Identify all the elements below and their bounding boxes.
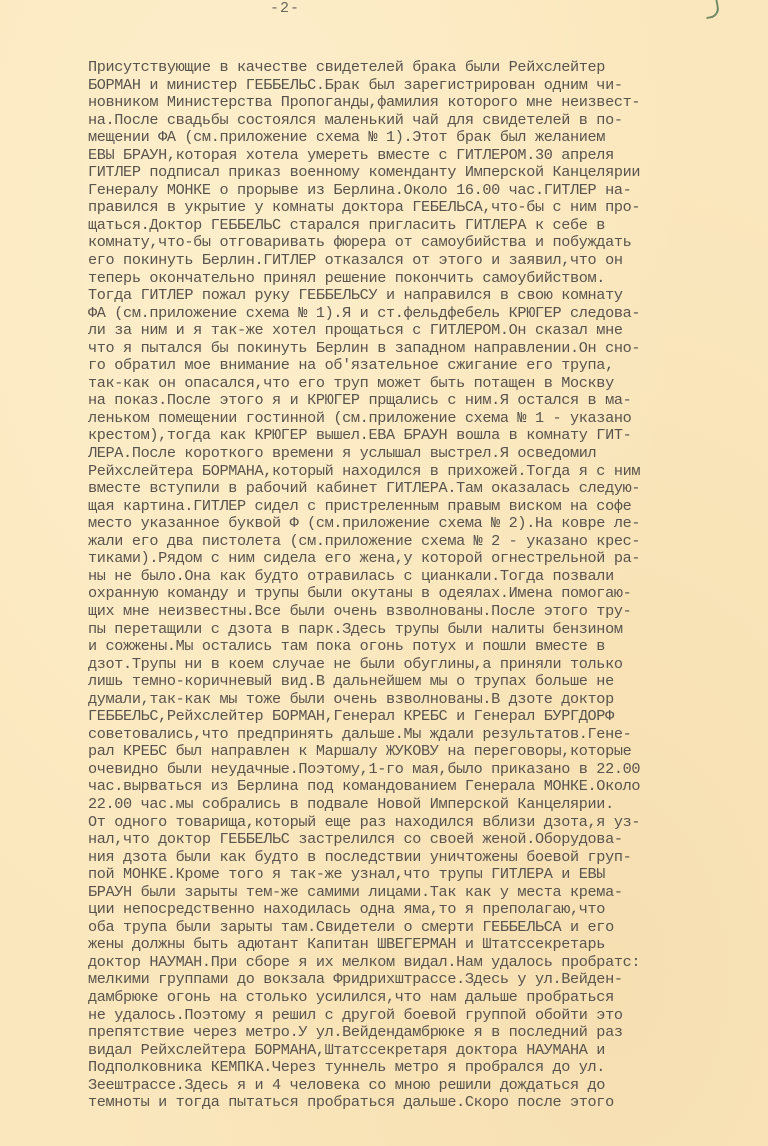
text-line: щих мне неизвестны.Все были очень взволн… [88,603,768,621]
text-line: Подполковника КЕМПКА.Через туннель метро… [88,1059,768,1077]
text-line: мещении ФА (см.приложение схема № 1).Это… [88,129,768,147]
text-line: рал КРЕБС был направлен к Маршалу ЖУКОВУ… [88,743,768,761]
text-line: ЛЕРА.После короткого времени я услышал в… [88,445,768,463]
text-line: тиками).Рядом с ним сидела его жена,у ко… [88,550,768,568]
text-line: думали,так-как мы тоже были очень взволн… [88,691,768,709]
text-line: Генералу МОНКЕ о прорыве из Берлина.Окол… [88,182,768,200]
text-line: ГЕББЕЛЬС,Рейхслейтер БОРМАН,Генерал КРЕБ… [88,708,768,726]
typewritten-body: Присутствующие в качестве свидетелей бра… [88,59,768,1112]
text-line: оба трупа были зарыты там.Свидетели о см… [88,919,768,937]
text-line: что я пытался бы покинуть Берлин в запад… [88,340,768,358]
text-line: теперь окончательно принял решение покон… [88,270,768,288]
text-line: охранную команду и трупы были окутаны в … [88,585,768,603]
text-line: так-как он опасался,что его труп может б… [88,375,768,393]
text-line: и сожжены.Мы остались там пока огонь пот… [88,638,768,656]
text-line: нал,что доктор ГЕББЕЛЬС застрелился со с… [88,831,768,849]
text-line: ния дзота были как будто в последствии у… [88,849,768,867]
pencil-mark-icon [704,0,721,19]
text-line: ции непосредственно находилась одна яма,… [88,901,768,919]
text-line: час.вырваться из Берлина под командовани… [88,778,768,796]
text-line: ли за ним и я так-же хотел прощаться с Г… [88,322,768,340]
text-line: ны не было.Она как будто отравилась с ци… [88,568,768,586]
text-line: пой МОНКЕ.Кроме того я так-же узнал,что … [88,866,768,884]
text-line: на.После свадьбы состоялся маленький чай… [88,112,768,130]
text-line: комнату,что-бы отговаривать фюрера от са… [88,234,768,252]
text-line: препятствие через метро.У ул.Вейдендамбр… [88,1024,768,1042]
text-line: мелкими группами до вокзала Фридрихштрас… [88,971,768,989]
text-line: советовались,что предпринять дальше.Мы ж… [88,726,768,744]
text-line: правился в укрытие у комнаты доктора ГЕБ… [88,199,768,217]
document-page: -2- Присутствующие в качестве свидетелей… [0,0,768,1146]
text-line: ЕВЫ БРАУН,которая хотела умереть вместе … [88,147,768,165]
text-line: щая картина.ГИТЛЕР сидел с пристреленным… [88,498,768,516]
text-line: место указанное буквой Ф (см.приложение … [88,515,768,533]
text-line: видал Рейхслейтера БОРМАНА,Штатссекретар… [88,1042,768,1060]
text-line: леньком помещении гостинной (см.приложен… [88,410,768,428]
text-line: ФА (см.приложение схема № 1).Я и ст.фель… [88,305,768,323]
text-line: го обратил мое внимание на об'язательное… [88,357,768,375]
text-line: Зеештрассе.Здесь я и 4 человека со мною … [88,1077,768,1095]
text-line: щаться.Доктор ГЕББЕЛЬС старался пригласи… [88,217,768,235]
text-line: жали его два пистолета (см.приложение сх… [88,533,768,551]
text-line: дамбрюке огонь на столько усилился,что н… [88,989,768,1007]
text-line: жены должны быть адютант Капитан ШВЕГЕРМ… [88,936,768,954]
text-line: 22.00 час.мы собрались в подвале Новой И… [88,796,768,814]
text-line: Рейхслейтера БОРМАНА,который находился в… [88,463,768,481]
text-line: темноты и тогда пытаться пробраться даль… [88,1094,768,1112]
text-line: БОРМАН и министер ГЕББЕЛЬС.Брак был заре… [88,77,768,95]
page-number: -2- [270,0,300,17]
text-line: вместе вступили в рабочий кабинет ГИТЛЕР… [88,480,768,498]
text-line: крестом),тогда как КРЮГЕР вышел.ЕВА БРАУ… [88,427,768,445]
text-line: Присутствующие в качестве свидетелей бра… [88,59,768,77]
text-line: лишь темно-коричневый вид.В дальнейшем м… [88,673,768,691]
text-line: не удалось.Поэтому я решил с другой боев… [88,1007,768,1025]
text-line: очевидно были неудачные.Поэтому,1-го мая… [88,761,768,779]
text-line: пы перетащили с дзота в парк.Здесь трупы… [88,621,768,639]
text-line: БРАУН были зарыты тем-же самими лицами.Т… [88,884,768,902]
text-line: его покинуть Берлин.ГИТЛЕР отказался от … [88,252,768,270]
text-line: на показ.После этого я и КРЮГЕР прщались… [88,392,768,410]
text-line: От одного товарища,который еще раз наход… [88,814,768,832]
text-line: дзот.Трупы ни в коем случае не были обуг… [88,656,768,674]
text-line: Тогда ГИТЛЕР пожал руку ГЕББЕЛЬСУ и напр… [88,287,768,305]
text-line: ГИТЛЕР подписал приказ военному комендан… [88,164,768,182]
text-line: доктор НАУМАН.При сборе я их мелком вида… [88,954,768,972]
text-line: новником Министерства Пропоганды,фамилия… [88,94,768,112]
